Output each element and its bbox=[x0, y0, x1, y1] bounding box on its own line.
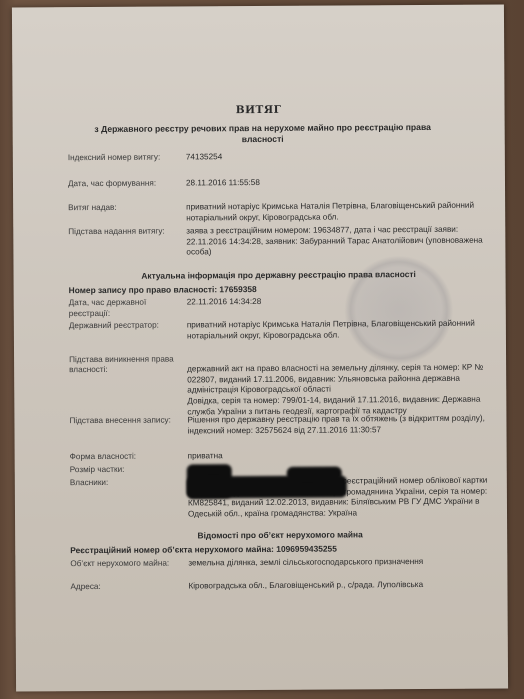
field-registration-date: Дата, час державної реєстрації: 22.11.20… bbox=[69, 296, 499, 299]
field-label: Підстава внесення запису: bbox=[69, 415, 179, 426]
field-label: Дата, час державної реєстрації: bbox=[69, 297, 179, 319]
field-generation-date: Дата, час формування: 28.11.2016 11:55:5… bbox=[68, 177, 498, 180]
field-label: Адреса: bbox=[70, 581, 180, 592]
field-label: Об’єкт нерухомого майна: bbox=[70, 558, 180, 569]
field-value: Кіровоградська обл., Благовіщенський р.,… bbox=[188, 580, 488, 592]
field-value: 74135254 bbox=[186, 151, 486, 163]
field-ownership-form: Форма власності: приватна bbox=[70, 450, 500, 453]
document-page: ВИТЯГ з Державного реєстру речових прав … bbox=[12, 5, 508, 692]
field-label: Індексний номер витягу: bbox=[68, 152, 178, 163]
field-value: державний акт на право власності на земе… bbox=[187, 363, 487, 418]
field-address: Адреса: Кіровоградська обл., Благовіщенс… bbox=[70, 580, 500, 583]
field-label: Витяг надав: bbox=[68, 202, 178, 213]
field-property-object: Об’єкт нерухомого майна: земельна ділянк… bbox=[70, 557, 500, 560]
field-label: Розмір частки: bbox=[70, 464, 180, 475]
redaction-mark bbox=[287, 467, 342, 481]
field-value: приватний нотаріус Кримська Наталія Петр… bbox=[187, 319, 487, 342]
document-title: ВИТЯГ bbox=[13, 103, 505, 118]
property-record-number: Реєстраційний номер об’єкта нерухомого м… bbox=[70, 543, 490, 556]
field-label: Підстава виникнення права власності: bbox=[69, 354, 179, 376]
field-value: приватний нотаріус Кримська Наталія Петр… bbox=[186, 201, 486, 224]
field-share-size: Розмір частки: bbox=[70, 463, 500, 466]
field-label: Дата, час формування: bbox=[68, 178, 178, 189]
field-label: Державний реєстратор: bbox=[69, 320, 179, 331]
field-value: 28.11.2016 11:55:58 bbox=[186, 177, 486, 189]
field-label: Форма власності: bbox=[70, 451, 180, 462]
field-value: Рішення про державну реєстрацію прав та … bbox=[187, 414, 487, 437]
section-heading-property: Відомості про об’єкт нерухомого майна bbox=[70, 529, 490, 542]
field-entry-basis: Підстава внесення запису: Рішення про де… bbox=[69, 414, 499, 417]
field-label: Власники: bbox=[70, 477, 180, 488]
field-value: заява з реєстраційним номером: 19634877,… bbox=[186, 225, 486, 259]
field-extract-index: Індексний номер витягу: 74135254 bbox=[68, 151, 498, 154]
field-label: Підстава надання витягу: bbox=[68, 226, 178, 237]
field-value: 22.11.2016 14:34:28 bbox=[187, 296, 487, 308]
document-subtitle: з Державного реєстру речових прав на нер… bbox=[73, 122, 453, 146]
field-value: приватна bbox=[188, 450, 488, 462]
field-value bbox=[188, 463, 488, 465]
field-issued-by: Витяг надав: приватний нотаріус Кримська… bbox=[68, 201, 498, 204]
field-ownership-basis: Підстава виникнення права власності: дер… bbox=[69, 342, 499, 376]
field-extract-basis: Підстава надання витягу: заява з реєстра… bbox=[68, 225, 498, 228]
field-value: земельна ділянка, землі сільськогосподар… bbox=[188, 557, 488, 569]
